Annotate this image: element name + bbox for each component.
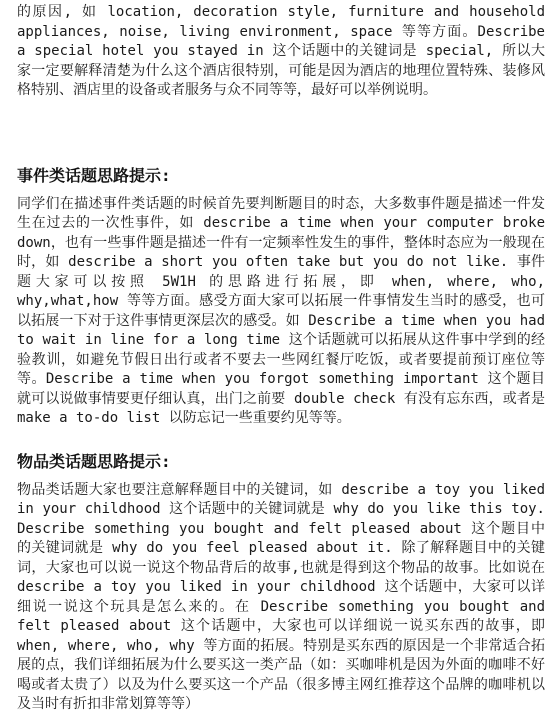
paragraph-place-topics-continued: 的原因, 如 location, decoration style, furni…: [17, 3, 545, 101]
document-page: 的原因, 如 location, decoration style, furni…: [0, 0, 560, 727]
paragraph-object-topics: 物品类话题大家也要注意解释题目中的关键词，如 describe a toy yo…: [17, 481, 545, 715]
paragraph-event-topics: 同学们在描述事件类话题的时候首先要判断题目的时态，大多数事件题是描述一件发生在过…: [17, 195, 545, 429]
heading-object-topics: 物品类话题思路提示:: [17, 451, 545, 473]
heading-event-topics: 事件类话题思路提示:: [17, 165, 545, 187]
